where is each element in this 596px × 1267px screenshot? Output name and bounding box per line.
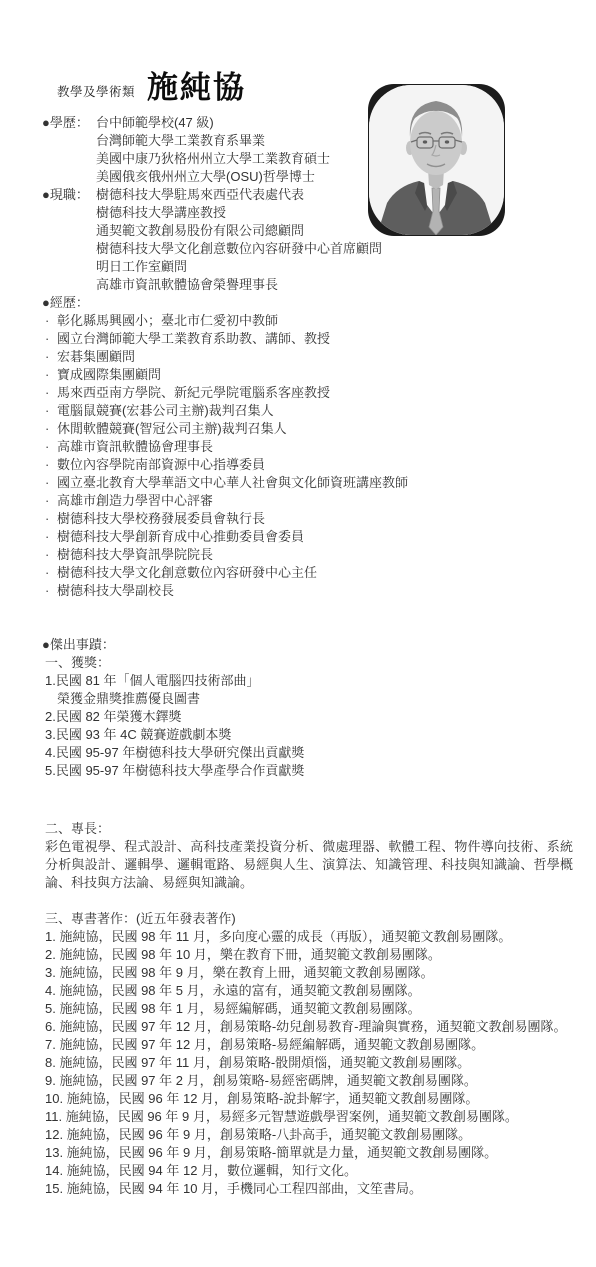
experience-item-text: 彰化縣馬興國小；臺北市仁愛初中教師 — [57, 313, 278, 328]
category-label: 教學及學術類 — [57, 83, 135, 104]
experience-item: ·數位內容學院南部資源中心指導委員 — [45, 456, 582, 474]
publication-item: 9. 施純協，民國 97 年 2 月，創易策略-易經密碼牌，通契範文教創易團隊。 — [45, 1072, 582, 1090]
experience-item: ·國立臺北教育大學華語文中心華人社會與文化師資班講座教師 — [45, 474, 582, 492]
publication-item: 7. 施純協，民國 97 年 12 月，創易策略-易經編解碼，通契範文教創易團隊… — [45, 1036, 582, 1054]
dot-bullet-icon: · — [45, 348, 57, 366]
experience-item-text: 樹德科技大學創新育成中心推動委員會委員 — [57, 529, 304, 544]
publication-item: 3. 施純協，民國 98 年 9 月，樂在教育上冊，通契範文教創易團隊。 — [45, 964, 582, 982]
award-item: 3.民國 93 年 4C 競賽遊戲劇本獎 — [45, 726, 582, 744]
experience-item-text: 休閒軟體競賽(智冠公司主辦)裁判召集人 — [57, 421, 287, 436]
current-position-line: 樹德科技大學文化創意數位內容研發中心首席顧問 — [96, 240, 582, 258]
specialties-heading: 二、專長： — [45, 820, 582, 838]
experience-item-text: 電腦鼠競賽(宏碁公司主辦)裁判召集人 — [57, 403, 274, 418]
award-item: 5.民國 95-97 年樹德科技大學產學合作貢獻獎 — [45, 762, 582, 780]
publication-item: 1. 施純協，民國 98 年 11 月，多向度心靈的成長（再版），通契範文教創易… — [45, 928, 582, 946]
experience-section: ●經歷： ·彰化縣馬興國小；臺北市仁愛初中教師 ·國立台灣師範大學工業教育系助教… — [42, 294, 582, 600]
current-position-line: 樹德科技大學講座教授 — [96, 204, 582, 222]
education-line: 美國中康乃狄格州州立大學工業教育碩士 — [96, 150, 582, 168]
dot-bullet-icon: · — [45, 312, 57, 330]
education-label: ●學歷： — [42, 114, 96, 186]
dot-bullet-icon: · — [45, 564, 57, 582]
experience-item: ·樹德科技大學資訊學院院長 — [45, 546, 582, 564]
current-position-lines: 樹德科技大學駐馬來西亞代表處代表 樹德科技大學講座教授 通契範文教創易股份有限公… — [96, 186, 582, 294]
experience-item: ·高雄市創造力學習中心評審 — [45, 492, 582, 510]
cv-content: 教學及學術類 施純協 ●學歷： 台中師範學校(47 級) 台灣師範大學工業教育系… — [42, 72, 582, 1198]
experience-item: ·國立台灣師範大學工業教育系助教、講師、教授 — [45, 330, 582, 348]
dot-bullet-icon: · — [45, 384, 57, 402]
dot-bullet-icon: · — [45, 402, 57, 420]
publication-item: 14. 施純協，民國 94 年 12 月，數位邏輯，知行文化。 — [45, 1162, 582, 1180]
publication-item: 2. 施純協，民國 98 年 10 月，樂在教育下冊，通契範文教創易團隊。 — [45, 946, 582, 964]
education-lines: 台中師範學校(47 級) 台灣師範大學工業教育系畢業 美國中康乃狄格州州立大學工… — [96, 114, 582, 186]
header: 教學及學術類 施純協 — [57, 72, 582, 104]
publication-item: 6. 施純協，民國 97 年 12 月，創易策略-幼兒創易教育-理論與實務，通契… — [45, 1018, 582, 1036]
dot-bullet-icon: · — [45, 330, 57, 348]
dot-bullet-icon: · — [45, 528, 57, 546]
cv-document-page: 教學及學術類 施純協 ●學歷： 台中師範學校(47 級) 台灣師範大學工業教育系… — [0, 0, 596, 1267]
award-item-continuation: 榮獲金鼎獎推薦優良圖書 — [57, 690, 582, 708]
publication-item: 5. 施純協，民國 98 年 1 月，易經編解碼，通契範文教創易團隊。 — [45, 1000, 582, 1018]
award-item: 2.民國 82 年榮獲木鐸獎 — [45, 708, 582, 726]
experience-item: ·馬來西亞南方學院、新紀元學院電腦系客座教授 — [45, 384, 582, 402]
dot-bullet-icon: · — [45, 510, 57, 528]
experience-item-text: 宏碁集團顧問 — [57, 349, 135, 364]
experience-item-text: 樹德科技大學資訊學院院長 — [57, 547, 213, 562]
dot-bullet-icon: · — [45, 456, 57, 474]
publication-item: 15. 施純協，民國 94 年 10 月，手機同心工程四部曲，文笙書局。 — [45, 1180, 582, 1198]
experience-item-text: 馬來西亞南方學院、新紀元學院電腦系客座教授 — [57, 385, 330, 400]
experience-item-text: 樹德科技大學文化創意數位內容研發中心主任 — [57, 565, 317, 580]
achievements-label: ●傑出事蹟： — [42, 636, 582, 654]
current-position-section: ●現職： 樹德科技大學駐馬來西亞代表處代表 樹德科技大學講座教授 通契範文教創易… — [42, 186, 582, 294]
publications-section: 三、專書著作：(近五年發表著作) 1. 施純協，民國 98 年 11 月，多向度… — [42, 910, 582, 1198]
person-name: 施純協 — [147, 73, 246, 104]
dot-bullet-icon: · — [45, 420, 57, 438]
current-position-line: 通契範文教創易股份有限公司總顧問 — [96, 222, 582, 240]
education-section: ●學歷： 台中師範學校(47 級) 台灣師範大學工業教育系畢業 美國中康乃狄格州… — [42, 114, 582, 186]
specialties-section: 二、專長： 彩色電視學、程式設計、高科技產業投資分析、微處理器、軟體工程、物件導… — [42, 820, 582, 892]
current-position-line: 高雄市資訊軟體協會榮譽理事長 — [96, 276, 582, 294]
dot-bullet-icon: · — [45, 366, 57, 384]
education-line: 台中師範學校(47 級) — [96, 114, 582, 132]
experience-item-text: 樹德科技大學校務發展委員會執行長 — [57, 511, 265, 526]
experience-item: ·休閒軟體競賽(智冠公司主辦)裁判召集人 — [45, 420, 582, 438]
experience-item-text: 樹德科技大學副校長 — [57, 583, 174, 598]
experience-item-text: 高雄市資訊軟體協會理事長 — [57, 439, 213, 454]
publication-item: 13. 施純協，民國 96 年 9 月，創易策略-簡單就是力量，通契範文教創易團… — [45, 1144, 582, 1162]
publications-heading: 三、專書著作：(近五年發表著作) — [45, 910, 582, 928]
experience-item-text: 高雄市創造力學習中心評審 — [57, 493, 213, 508]
publication-item: 8. 施純協，民國 97 年 11 月，創易策略-骰開煩惱，通契範文教創易團隊。 — [45, 1054, 582, 1072]
education-line: 台灣師範大學工業教育系畢業 — [96, 132, 582, 150]
experience-item: ·樹德科技大學創新育成中心推動委員會委員 — [45, 528, 582, 546]
experience-item: ·高雄市資訊軟體協會理事長 — [45, 438, 582, 456]
dot-bullet-icon: · — [45, 582, 57, 600]
experience-item: ·電腦鼠競賽(宏碁公司主辦)裁判召集人 — [45, 402, 582, 420]
experience-label: ●經歷： — [42, 294, 582, 312]
dot-bullet-icon: · — [45, 492, 57, 510]
publication-item: 12. 施純協，民國 96 年 9 月，創易策略-八卦高手，通契範文教創易團隊。 — [45, 1126, 582, 1144]
award-item: 4.民國 95-97 年樹德科技大學研究傑出貢獻獎 — [45, 744, 582, 762]
dot-bullet-icon: · — [45, 546, 57, 564]
publication-item: 11. 施純協，民國 96 年 9 月，易經多元智慧遊戲學習案例，通契範文教創易… — [45, 1108, 582, 1126]
experience-item: ·樹德科技大學文化創意數位內容研發中心主任 — [45, 564, 582, 582]
specialties-text: 彩色電視學、程式設計、高科技產業投資分析、微處理器、軟體工程、物件導向技術、系統… — [45, 838, 573, 892]
experience-item-text: 寶成國際集團顧問 — [57, 367, 161, 382]
education-line: 美國俄亥俄州州立大學(OSU)哲學博士 — [96, 168, 582, 186]
achievements-section: ●傑出事蹟： 一、獲獎： 1.民國 81 年「個人電腦四技術部曲」 榮獲金鼎獎推… — [42, 636, 582, 780]
experience-item: ·樹德科技大學副校長 — [45, 582, 582, 600]
experience-item-text: 國立臺北教育大學華語文中心華人社會與文化師資班講座教師 — [57, 475, 408, 490]
experience-item: ·彰化縣馬興國小；臺北市仁愛初中教師 — [45, 312, 582, 330]
current-position-line: 明日工作室顧問 — [96, 258, 582, 276]
dot-bullet-icon: · — [45, 474, 57, 492]
experience-item-text: 數位內容學院南部資源中心指導委員 — [57, 457, 265, 472]
current-position-label: ●現職： — [42, 186, 96, 294]
dot-bullet-icon: · — [45, 438, 57, 456]
award-item: 1.民國 81 年「個人電腦四技術部曲」 — [45, 672, 582, 690]
experience-item: ·樹德科技大學校務發展委員會執行長 — [45, 510, 582, 528]
publication-item: 4. 施純協，民國 98 年 5 月，永遠的富有，通契範文教創易團隊。 — [45, 982, 582, 1000]
experience-item-text: 國立台灣師範大學工業教育系助教、講師、教授 — [57, 331, 330, 346]
current-position-line: 樹德科技大學駐馬來西亞代表處代表 — [96, 186, 582, 204]
experience-item: ·寶成國際集團顧問 — [45, 366, 582, 384]
publication-item: 10. 施純協，民國 96 年 12 月，創易策略-說卦解字，通契範文教創易團隊… — [45, 1090, 582, 1108]
experience-item: ·宏碁集團顧問 — [45, 348, 582, 366]
awards-heading: 一、獲獎： — [45, 654, 582, 672]
